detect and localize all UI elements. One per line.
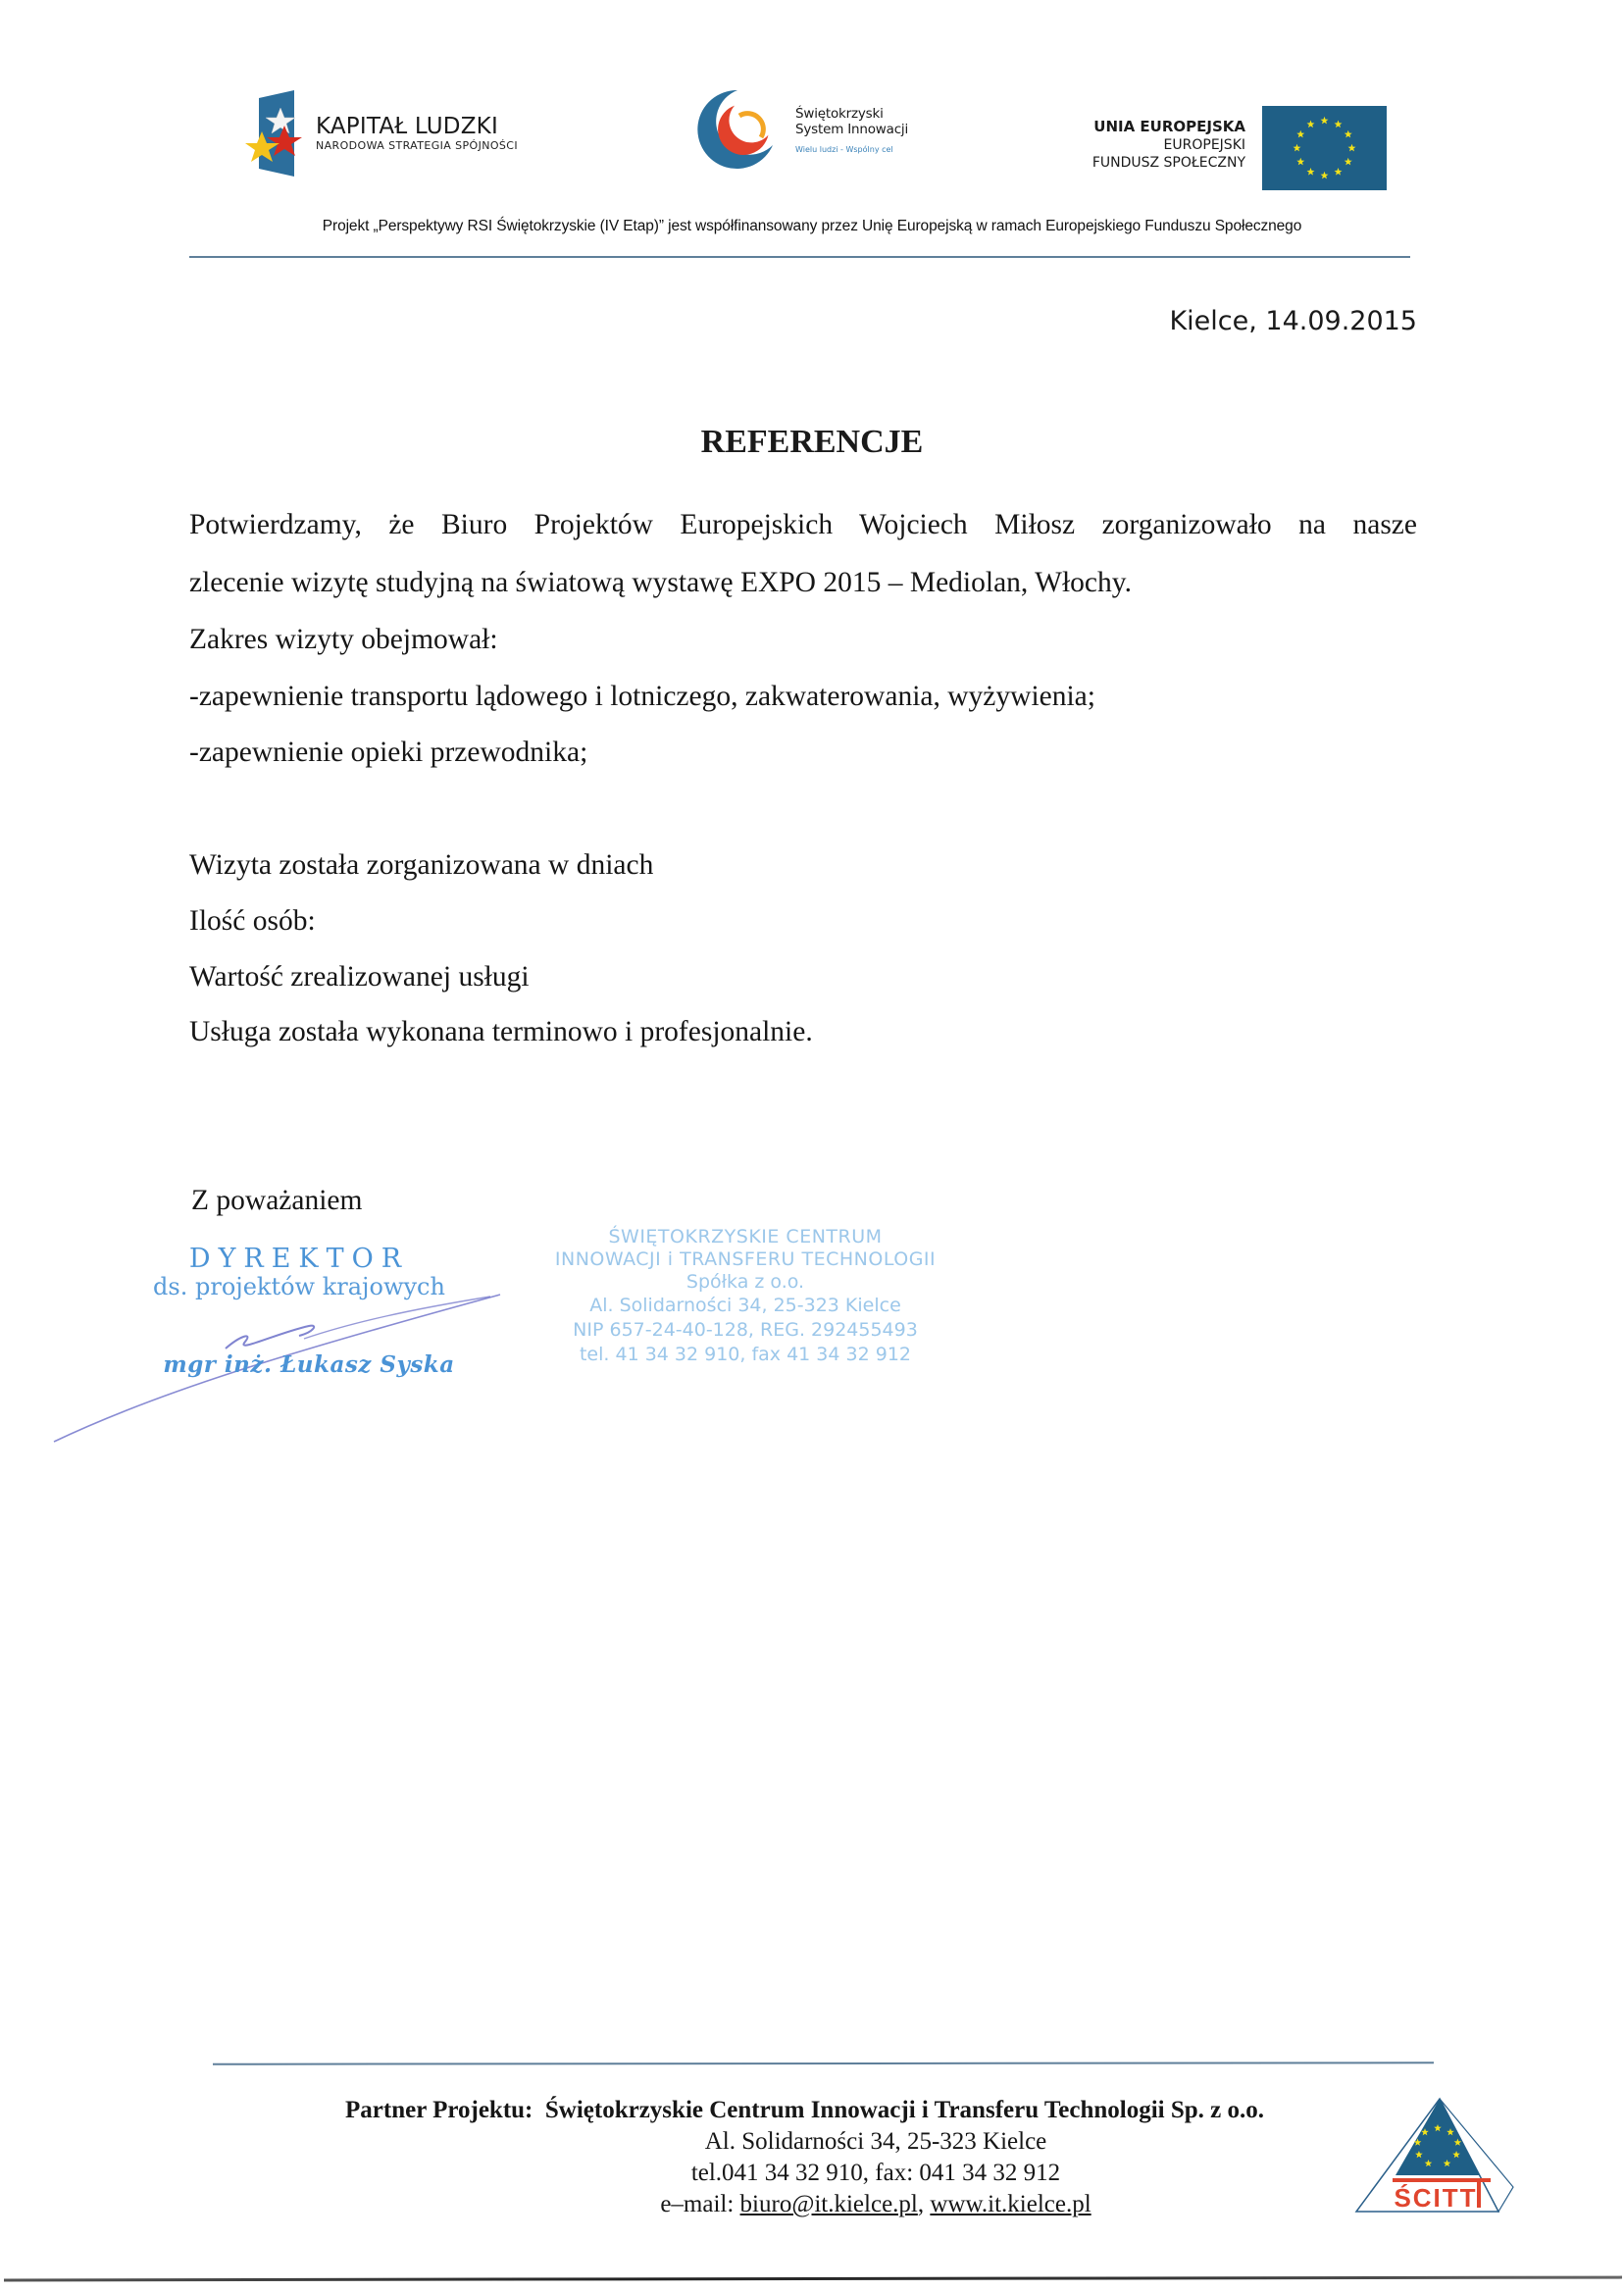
place-and-date: Kielce, 14.09.2015	[1128, 306, 1417, 336]
eu-line-2: EUROPEJSKI	[1040, 136, 1245, 154]
svg-text:ŚCITT: ŚCITT	[1394, 2183, 1477, 2213]
footer-email-label: e–mail:	[660, 2191, 734, 2217]
closing-salutation: Z poważaniem	[191, 1185, 362, 1217]
company-stamp-line-2: INNOWACJI i TRANSFERU TECHNOLOGII	[534, 1248, 956, 1271]
kapital-ludzki-stars-logo	[245, 90, 304, 177]
footer-separator: ,	[918, 2191, 924, 2217]
footer-address-text: Al. Solidarności 34, 25-323 Kielce	[705, 2128, 1047, 2155]
header-divider	[189, 256, 1410, 258]
scope-item: -zapewnienie transportu lądowego i lotni…	[189, 681, 1095, 713]
body-paragraph-line-2: zlecenie wizytę studyjną na światową wys…	[189, 567, 1132, 599]
footer-partner-name: Świętokrzyskie Centrum Innowacji i Trans…	[545, 2097, 1264, 2123]
kapital-ludzki-subtitle: NARODOWA STRATEGIA SPÓJNOŚCI	[316, 139, 518, 153]
eu-line-3: FUNDUSZ SPOŁECZNY	[1040, 154, 1245, 172]
ssi-line-1: Świętokrzyski	[795, 106, 908, 122]
company-stamp-line-4: Al. Solidarności 34, 25-323 Kielce	[534, 1294, 956, 1318]
scitt-pyramid-logo: ŚCITT	[1351, 2094, 1518, 2216]
director-stamp-title: DYREKTOR	[137, 1246, 461, 1273]
footer-website-link[interactable]: www.it.kielce.pl	[930, 2191, 1091, 2217]
footer-contact-wrap: e–mail: biuro@it.kielce.pl, www.it.kielc…	[660, 2191, 1091, 2217]
company-stamp-line-5: NIP 657-24-40-128, REG. 292455493	[534, 1318, 956, 1343]
eu-line-1: UNIA EUROPEJSKA	[1040, 118, 1245, 136]
company-stamp-line-1: ŚWIĘTOKRZYSKIE CENTRUM	[534, 1226, 956, 1248]
footer-partner-line: Partner Projektu: Świętokrzyskie Centrum…	[345, 2097, 1264, 2124]
detail-persons: Ilość osób:	[189, 905, 316, 938]
page-bottom-edge	[4, 2276, 1622, 2282]
eu-text: UNIA EUROPEJSKA EUROPEJSKI FUNDUSZ SPOŁE…	[1040, 118, 1245, 172]
detail-dates: Wizyta została zorganizowana w dniach	[189, 849, 653, 882]
director-stamp-name: mgr inż. Łukasz Syska	[147, 1351, 471, 1378]
footer-partner-label: Partner Projektu:	[345, 2097, 533, 2123]
detail-value: Wartość zrealizowanej usługi	[189, 961, 530, 993]
document-title: REFERENCJE	[0, 424, 1624, 461]
footer-phone-fax-text: tel.041 34 32 910, fax: 041 34 32 912	[691, 2160, 1060, 2186]
detail-quality: Usługa została wykonana terminowo i prof…	[189, 1016, 813, 1048]
footer-email-link[interactable]: biuro@it.kielce.pl	[740, 2191, 918, 2217]
company-stamp-line-6: tel. 41 34 32 910, fax 41 34 32 912	[534, 1343, 956, 1367]
kapital-ludzki-title: KAPITAŁ LUDZKI	[316, 114, 518, 139]
body-paragraph-line-1: Potwierdzamy, że Biuro Projektów Europej…	[189, 509, 1417, 541]
ssi-tagline: Wielu ludzi - Wspólny cel	[795, 145, 908, 154]
ssi-swirl-logo	[696, 86, 779, 173]
company-stamp-line-3: Spółka z o.o.	[534, 1271, 956, 1294]
ssi-line-2: System Innowacji	[795, 122, 908, 137]
scope-item: -zapewnienie opieki przewodnika;	[189, 737, 587, 769]
ssi-text: Świętokrzyski System Innowacji Wielu lud…	[795, 106, 908, 154]
project-cofinancing-line: Projekt „Perspektywy RSI Świętokrzyskie …	[0, 218, 1624, 235]
company-stamp: ŚWIĘTOKRZYSKIE CENTRUM INNOWACJI i TRANS…	[534, 1226, 956, 1367]
kapital-ludzki-text: KAPITAŁ LUDZKI NARODOWA STRATEGIA SPÓJNO…	[316, 114, 518, 153]
footer-divider	[213, 2062, 1434, 2065]
scope-heading: Zakres wizyty obejmował:	[189, 624, 498, 656]
eu-flag-icon	[1262, 106, 1387, 190]
